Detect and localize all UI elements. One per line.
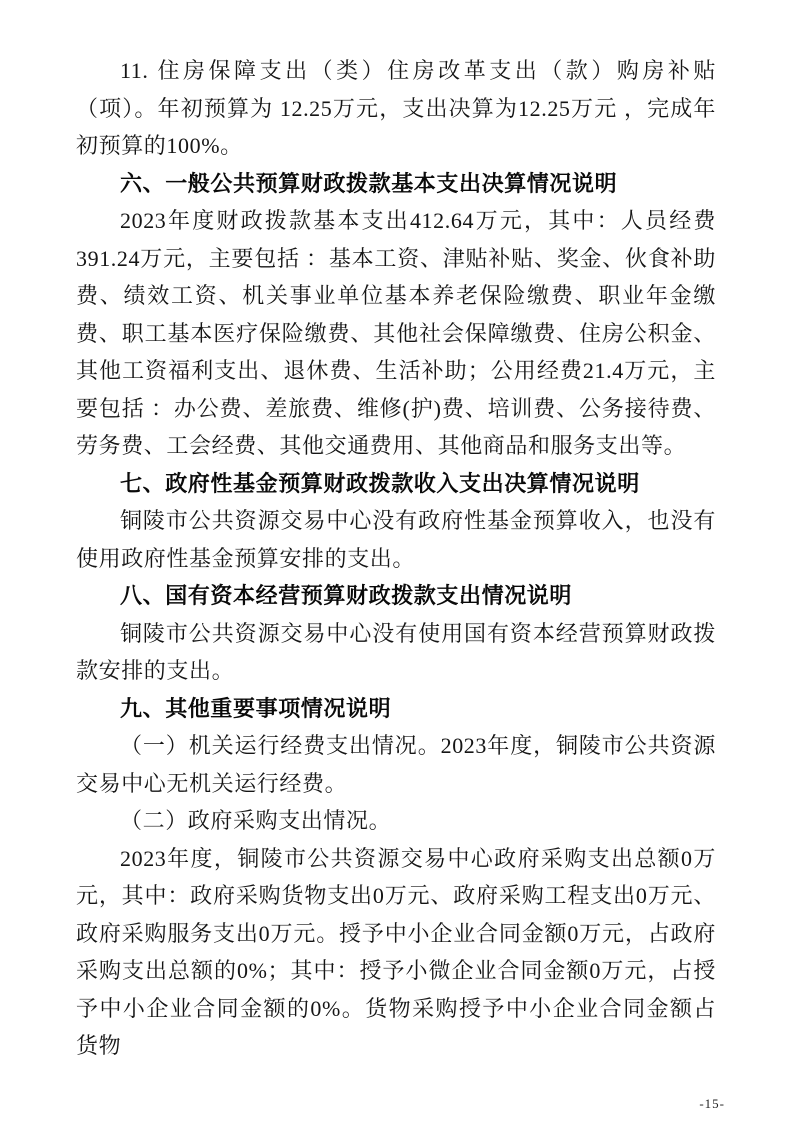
page-number: -15- — [699, 1096, 725, 1112]
paragraph-state-capital-detail: 铜陵市公共资源交易中心没有使用国有资本经营预算财政拨款安排的支出。 — [76, 615, 716, 690]
paragraph-operating-expense: （一）机关运行经费支出情况。2023年度，铜陵市公共资源交易中心无机关运行经费。 — [76, 727, 716, 802]
heading-section-7-government-fund: 七、政府性基金预算财政拨款收入支出决算情况说明 — [76, 465, 716, 503]
paragraph-procurement-detail: 2023年度，铜陵市公共资源交易中心政府采购支出总额0万元，其中：政府采购货物支… — [76, 840, 716, 1065]
document-body: 11. 住房保障支出（类）住房改革支出（款）购房补贴（项）。年初预算为 12.2… — [76, 52, 716, 1065]
heading-section-8-state-capital: 八、国有资本经营预算财政拨款支出情况说明 — [76, 577, 716, 615]
document-page: 11. 住房保障支出（类）住房改革支出（款）购房补贴（项）。年初预算为 12.2… — [0, 0, 793, 1122]
paragraph-basic-expenditure-detail: 2023年度财政拨款基本支出412.64万元，其中：人员经费391.24万元，主… — [76, 202, 716, 465]
paragraph-procurement-subheading: （二）政府采购支出情况。 — [76, 802, 716, 840]
heading-section-9-other-matters: 九、其他重要事项情况说明 — [76, 690, 716, 728]
paragraph-housing-subsidy-item11: 11. 住房保障支出（类）住房改革支出（款）购房补贴（项）。年初预算为 12.2… — [76, 52, 716, 165]
paragraph-government-fund-detail: 铜陵市公共资源交易中心没有政府性基金预算收入，也没有使用政府性基金预算安排的支出… — [76, 502, 716, 577]
heading-section-6-basic-expenditure: 六、一般公共预算财政拨款基本支出决算情况说明 — [76, 165, 716, 203]
